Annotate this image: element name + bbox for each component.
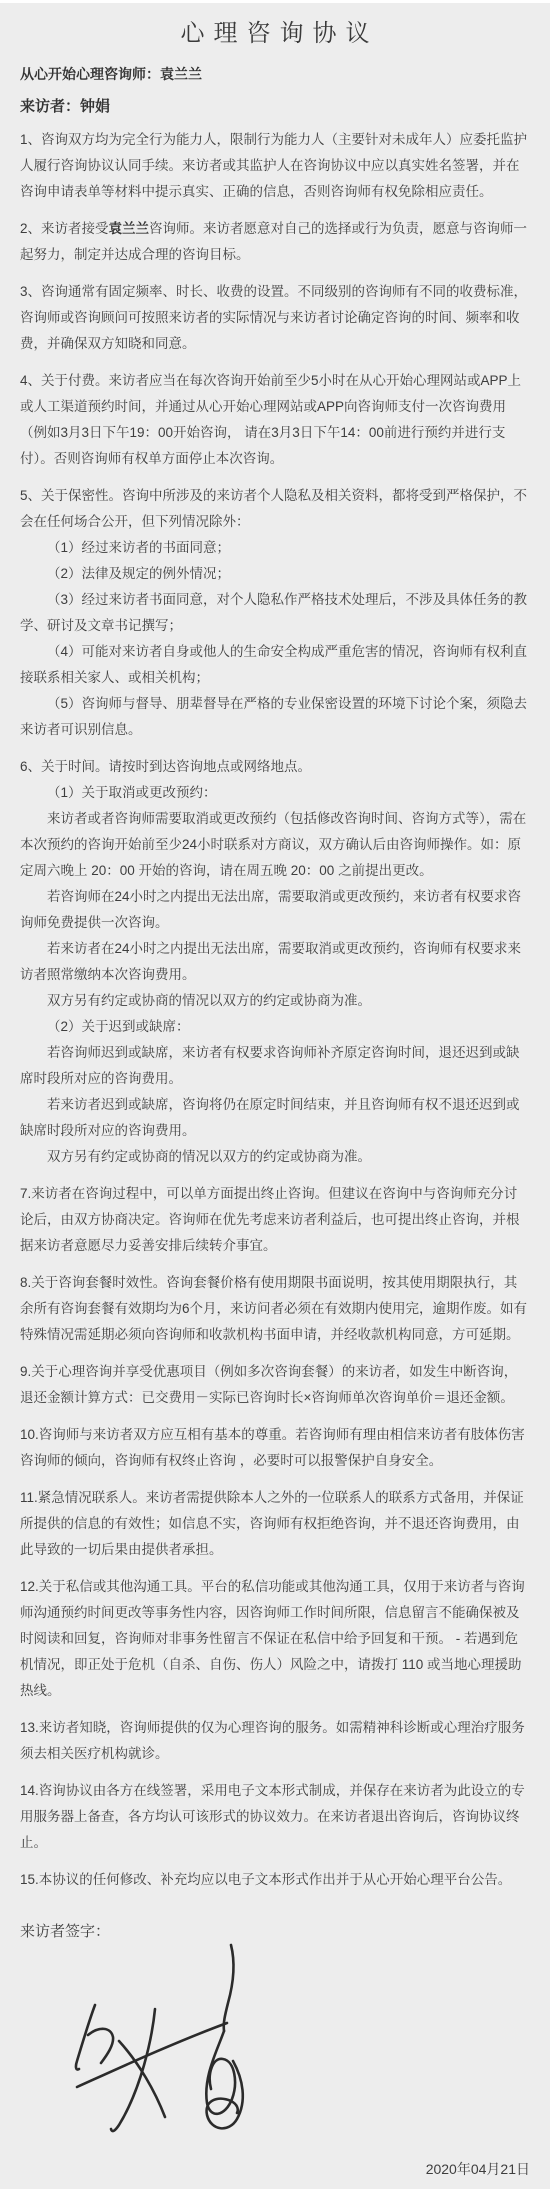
clause-text: 双方另有约定或协商的情况以双方的约定或协商为准。 [47,1149,371,1164]
clause-paragraph: 9.关于心理咨询并享受优惠项目（例如多次咨询套餐）的来访者，如发生中断咨询，退还… [20,1359,530,1411]
clause-text: 来访者或者咨询师需要取消或更改预约（包括修改咨询时间、咨询方式等），需在本次预约… [20,811,526,878]
clause-paragraph: 若来访者迟到或缺席，咨询将仍在原定时间结束，并且咨询师有权不退还迟到或缺席时段所… [20,1092,530,1144]
clause-text: 若咨询师迟到或缺席，来访者有权要求咨询师补齐原定咨询时间，退还迟到或缺席时段所对… [20,1045,520,1086]
clause-paragraph: （2）关于迟到或缺席： [20,1014,530,1040]
clause-text: 7.来访者在咨询过程中，可以单方面提出终止咨询。但建议在咨询中与咨询师充分讨论后… [20,1186,520,1253]
clause-text: 13.来访者知晓，咨询师提供的仅为心理咨询的服务。如需精神科诊断或心理治疗服务须… [20,1720,525,1761]
clause-paragraph: （5）咨询师与督导、朋辈督导在严格的专业保密设置的环境下讨论个案，须隐去来访者可… [20,691,530,743]
clause-paragraph: 3、咨询通常有固定频率、时长、收费的设置。不同级别的咨询师有不同的收费标准，咨询… [20,279,530,357]
clause-text: （3）经过来访者书面同意，对个人隐私作严格技术处理后，不涉及具体任务的教学、研讨… [20,592,527,633]
signature-label: 来访者签字： [20,1920,530,1941]
agreement-date: 2020年04月21日 [20,2159,530,2179]
counselor-name: 袁兰兰 [160,66,202,82]
clause-paragraph: 5、关于保密性。咨询中所涉及的来访者个人隐私及相关资料，都将受到严格保护，不会在… [20,483,530,535]
clause-paragraph: （2）法律及规定的例外情况； [20,561,530,587]
clause-paragraph: 8.关于咨询套餐时效性。咨询套餐价格有使用期限书面说明，按其使用期限执行，其余所… [20,1270,530,1348]
clause-paragraph: （3）经过来访者书面同意，对个人隐私作严格技术处理后，不涉及具体任务的教学、研讨… [20,587,530,639]
clause-paragraph: （4）可能对来访者自身或他人的生命安全构成严重危害的情况，咨询师有权利直接联系相… [20,639,530,691]
clause-text: （2）关于迟到或缺席： [47,1019,190,1034]
clause-paragraph: 双方另有约定或协商的情况以双方的约定或协商为准。 [20,1144,530,1170]
visitor-line: 来访者：钟娟 [20,97,530,116]
clause-paragraph: 11.紧急情况联系人。来访者需提供除本人之外的一位联系人的联系方式备用，并保证所… [20,1485,530,1563]
clause-paragraph: 来访者或者咨询师需要取消或更改预约（包括修改咨询时间、咨询方式等），需在本次预约… [20,806,530,884]
clauses-list: 1、咨询双方均为完全行为能力人，限制行为能力人（主要针对未成年人）应委托监护人履… [20,127,530,1893]
clause-text: 2、来访者接受 [20,221,109,236]
clause-paragraph: 7.来访者在咨询过程中，可以单方面提出终止咨询。但建议在咨询中与咨询师充分讨论后… [20,1181,530,1259]
clause-text: （4）可能对来访者自身或他人的生命安全构成严重危害的情况，咨询师有权利直接联系相… [20,644,527,685]
counselor-label: 从心开始心理咨询师： [20,66,160,82]
clause-paragraph: 双方另有约定或协商的情况以双方的约定或协商为准。 [20,988,530,1014]
clause-paragraph: （1）经过来访者的书面同意； [20,535,530,561]
clause-paragraph: 2、来访者接受袁兰兰咨询师。来访者愿意对自己的选择或行为负责，愿意与咨询师一起努… [20,216,530,268]
clause-text: 9.关于心理咨询并享受优惠项目（例如多次咨询套餐）的来访者，如发生中断咨询，退还… [20,1364,517,1405]
clause-text: 8.关于咨询套餐时效性。咨询套餐价格有使用期限书面说明，按其使用期限执行，其余所… [20,1275,527,1342]
clause-bold-text: 袁兰兰 [109,221,150,236]
agreement-document: 心理咨询协议 从心开始心理咨询师：袁兰兰 来访者：钟娟 1、咨询双方均为完全行为… [0,3,550,2189]
counselor-line: 从心开始心理咨询师：袁兰兰 [20,65,530,84]
clause-text: 3、咨询通常有固定频率、时长、收费的设置。不同级别的咨询师有不同的收费标准，咨询… [20,284,527,351]
clause-text: 若来访者迟到或缺席，咨询将仍在原定时间结束，并且咨询师有权不退还迟到或缺席时段所… [20,1097,520,1138]
clause-text: 11.紧急情况联系人。来访者需提供除本人之外的一位联系人的联系方式备用，并保证所… [20,1490,524,1557]
clause-text: 1、咨询双方均为完全行为能力人，限制行为能力人（主要针对未成年人）应委托监护人履… [20,132,527,199]
clause-paragraph: 若来访者在24小时之内提出无法出席，需要取消或更改预约，咨询师有权要求来访者照常… [20,936,530,988]
clause-text: （1）关于取消或更改预约： [47,785,217,800]
clause-paragraph: 10.咨询师与来访者双方应互相有基本的尊重。若咨询师有理由相信来访者有肢体伤害咨… [20,1422,530,1474]
clause-paragraph: 4、关于付费。来访者应当在每次咨询开始前至少5小时在从心开始心理网站或APP上或… [20,368,530,472]
clause-paragraph: 若咨询师迟到或缺席，来访者有权要求咨询师补齐原定咨询时间，退还迟到或缺席时段所对… [20,1040,530,1092]
clause-text: 若咨询师在24小时之内提出无法出席，需要取消或更改预约，来访者有权要求咨询师免费… [20,889,521,930]
clause-text: 5、关于保密性。咨询中所涉及的来访者个人隐私及相关资料，都将受到严格保护，不会在… [20,488,527,529]
clause-paragraph: （1）关于取消或更改预约： [20,780,530,806]
signature-ink-strokes [55,1943,285,2153]
clause-paragraph: 1、咨询双方均为完全行为能力人，限制行为能力人（主要针对未成年人）应委托监护人履… [20,127,530,205]
clause-paragraph: 若咨询师在24小时之内提出无法出席，需要取消或更改预约，来访者有权要求咨询师免费… [20,884,530,936]
clause-paragraph: 13.来访者知晓，咨询师提供的仅为心理咨询的服务。如需精神科诊断或心理治疗服务须… [20,1715,530,1767]
clause-text: （1）经过来访者的书面同意； [47,540,230,555]
clause-paragraph: 6、关于时间。请按时到达咨询地点或网络地点。 [20,754,530,780]
clause-text: 10.咨询师与来访者双方应互相有基本的尊重。若咨询师有理由相信来访者有肢体伤害咨… [20,1427,525,1468]
clause-text: （2）法律及规定的例外情况； [47,566,230,581]
clause-text: 15.本协议的任何修改、补充均应以电子文本形式作出并于从心开始心理平台公告。 [20,1872,511,1887]
clause-text: 4、关于付费。来访者应当在每次咨询开始前至少5小时在从心开始心理网站或APP上或… [20,373,521,466]
clause-text: （5）咨询师与督导、朋辈督导在严格的专业保密设置的环境下讨论个案，须隐去来访者可… [20,696,527,737]
clause-paragraph: 15.本协议的任何修改、补充均应以电子文本形式作出并于从心开始心理平台公告。 [20,1867,530,1893]
clause-text: 双方另有约定或协商的情况以双方的约定或协商为准。 [47,993,371,1008]
clause-text: 6、关于时间。请按时到达咨询地点或网络地点。 [20,759,311,774]
visitor-name: 钟娟 [80,98,110,115]
clause-paragraph: 12.关于私信或其他沟通工具。平台的私信功能或其他沟通工具，仅用于来访者与咨询师… [20,1574,530,1704]
visitor-signature [20,1941,530,2159]
clause-text: 12.关于私信或其他沟通工具。平台的私信功能或其他沟通工具，仅用于来访者与咨询师… [20,1579,525,1698]
clause-paragraph: 14.咨询协议由各方在线签署，采用电子文本形式制成，并保存在来访者为此设立的专用… [20,1778,530,1856]
document-title: 心理咨询协议 [20,13,530,48]
visitor-label: 来访者： [20,98,80,115]
clause-text: 14.咨询协议由各方在线签署，采用电子文本形式制成，并保存在来访者为此设立的专用… [20,1783,525,1850]
clause-text: 若来访者在24小时之内提出无法出席，需要取消或更改预约，咨询师有权要求来访者照常… [20,941,521,982]
